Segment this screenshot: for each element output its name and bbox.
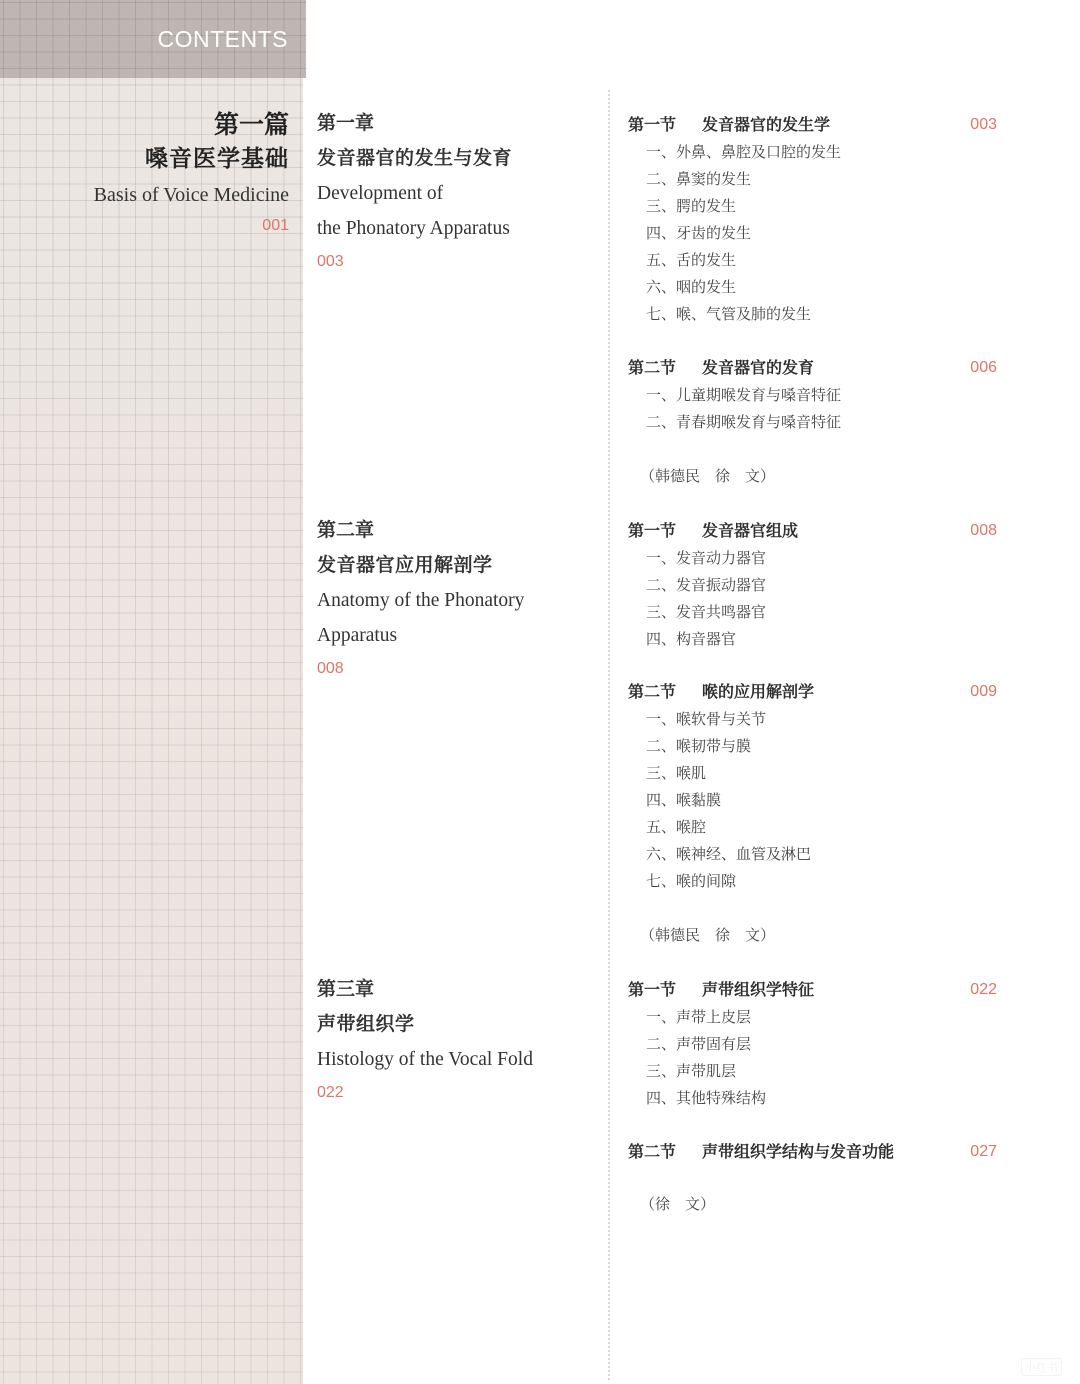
section-heading[interactable]: 第一节发音器官组成 008 bbox=[628, 517, 1000, 545]
chapter-authors: （韩德民 徐 文） bbox=[628, 922, 1000, 949]
section-heading[interactable]: 第二节发音器官的发育 006 bbox=[628, 354, 1000, 382]
section-number: 第二节 bbox=[628, 678, 702, 706]
chapter-number: 第一章 bbox=[317, 106, 587, 140]
section-title: 发音器官的发生学 bbox=[702, 115, 830, 134]
section-heading[interactable]: 第一节声带组织学特征 022 bbox=[628, 976, 1000, 1004]
watermark: 小红书 bbox=[1021, 1358, 1062, 1376]
section-number: 第二节 bbox=[628, 1138, 702, 1166]
chapter-authors: （韩德民 徐 文） bbox=[628, 463, 1000, 490]
section-heading[interactable]: 第一节发音器官的发生学 003 bbox=[628, 111, 1000, 139]
section-page-number[interactable]: 003 bbox=[970, 111, 997, 139]
section-title: 声带组织学结构与发音功能 bbox=[702, 1142, 894, 1161]
chapter-title-en: Development of bbox=[317, 176, 587, 211]
chapter-page-number[interactable]: 008 bbox=[317, 653, 587, 685]
chapter-2-section-2: 第二节喉的应用解剖学 009 一、喉软骨与关节 二、喉韧带与膜 三、喉肌 四、喉… bbox=[628, 678, 1000, 949]
part-title: 嗓音医学基础 bbox=[94, 142, 289, 176]
subsection-item: 四、其他特殊结构 bbox=[628, 1085, 1000, 1112]
subsection-item: 七、喉、气管及肺的发生 bbox=[628, 301, 1000, 328]
chapter-1-section-1: 第一节发音器官的发生学 003 一、外鼻、鼻腔及口腔的发生 二、鼻窦的发生 三、… bbox=[628, 111, 1000, 328]
subsection-item: 三、声带肌层 bbox=[628, 1058, 1000, 1085]
subsection-item: 三、发音共鸣器官 bbox=[628, 599, 1000, 626]
part-block: 第一篇 嗓音医学基础 Basis of Voice Medicine 001 bbox=[94, 108, 289, 240]
chapter-3-section-1: 第一节声带组织学特征 022 一、声带上皮层 二、声带固有层 三、声带肌层 四、… bbox=[628, 976, 1000, 1112]
subsection-item: 二、声带固有层 bbox=[628, 1031, 1000, 1058]
chapter-title-en: Apparatus bbox=[317, 618, 587, 653]
contents-label: CONTENTS bbox=[158, 26, 289, 53]
chapter-title-en: Histology of the Vocal Fold bbox=[317, 1042, 587, 1077]
section-number: 第一节 bbox=[628, 976, 702, 1004]
chapter-2: 第二章 发音器官应用解剖学 Anatomy of the Phonatory A… bbox=[317, 513, 587, 685]
subsection-item: 六、咽的发生 bbox=[628, 274, 1000, 301]
part-page-number[interactable]: 001 bbox=[94, 212, 289, 240]
subsection-item: 一、儿童期喉发育与嗓音特征 bbox=[628, 382, 1000, 409]
chapter-title-en: Anatomy of the Phonatory bbox=[317, 583, 587, 618]
subsection-item: 四、喉黏膜 bbox=[628, 787, 1000, 814]
chapter-title[interactable]: 声带组织学 bbox=[317, 1006, 587, 1042]
section-number: 第二节 bbox=[628, 354, 702, 382]
subsection-item: 六、喉神经、血管及淋巴 bbox=[628, 841, 1000, 868]
subsection-item: 一、声带上皮层 bbox=[628, 1004, 1000, 1031]
section-title: 发音器官的发育 bbox=[702, 358, 814, 377]
subsection-item: 一、发音动力器官 bbox=[628, 545, 1000, 572]
chapter-title[interactable]: 发音器官的发生与发育 bbox=[317, 140, 587, 176]
section-page-number[interactable]: 009 bbox=[970, 678, 997, 706]
chapter-page-number[interactable]: 003 bbox=[317, 246, 587, 278]
chapter-1-section-2: 第二节发音器官的发育 006 一、儿童期喉发育与嗓音特征 二、青春期喉发育与嗓音… bbox=[628, 354, 1000, 490]
subsection-item: 三、喉肌 bbox=[628, 760, 1000, 787]
subsection-item: 二、青春期喉发育与嗓音特征 bbox=[628, 409, 1000, 436]
chapter-1: 第一章 发音器官的发生与发育 Development of the Phonat… bbox=[317, 106, 587, 278]
section-number: 第一节 bbox=[628, 517, 702, 545]
section-page-number[interactable]: 022 bbox=[970, 976, 997, 1004]
chapter-title[interactable]: 发音器官应用解剖学 bbox=[317, 547, 587, 583]
chapter-authors: （徐 文） bbox=[628, 1191, 1000, 1218]
subsection-item: 五、喉腔 bbox=[628, 814, 1000, 841]
subsection-item: 七、喉的间隙 bbox=[628, 868, 1000, 895]
subsection-item: 一、喉软骨与关节 bbox=[628, 706, 1000, 733]
subsection-item: 四、牙齿的发生 bbox=[628, 220, 1000, 247]
chapter-title-en: the Phonatory Apparatus bbox=[317, 211, 587, 246]
section-page-number[interactable]: 006 bbox=[970, 354, 997, 382]
chapter-2-section-1: 第一节发音器官组成 008 一、发音动力器官 二、发音振动器官 三、发音共鸣器官… bbox=[628, 517, 1000, 653]
part-title-en: Basis of Voice Medicine bbox=[94, 178, 289, 212]
section-number: 第一节 bbox=[628, 111, 702, 139]
subsection-item: 三、腭的发生 bbox=[628, 193, 1000, 220]
subsection-item: 四、构音器官 bbox=[628, 626, 1000, 653]
chapter-page-number[interactable]: 022 bbox=[317, 1077, 587, 1109]
subsection-item: 五、舌的发生 bbox=[628, 247, 1000, 274]
section-page-number[interactable]: 008 bbox=[970, 517, 997, 545]
contents-header-band: CONTENTS bbox=[0, 0, 306, 78]
section-title: 声带组织学特征 bbox=[702, 980, 814, 999]
section-heading[interactable]: 第二节喉的应用解剖学 009 bbox=[628, 678, 1000, 706]
subsection-item: 一、外鼻、鼻腔及口腔的发生 bbox=[628, 139, 1000, 166]
chapter-number: 第二章 bbox=[317, 513, 587, 547]
chapter-3: 第三章 声带组织学 Histology of the Vocal Fold 02… bbox=[317, 972, 587, 1109]
subsection-item: 二、发音振动器官 bbox=[628, 572, 1000, 599]
part-number: 第一篇 bbox=[94, 108, 289, 142]
chapter-3-section-2: 第二节声带组织学结构与发音功能 027 （徐 文） bbox=[628, 1138, 1000, 1218]
section-title: 喉的应用解剖学 bbox=[702, 682, 814, 701]
chapter-number: 第三章 bbox=[317, 972, 587, 1006]
section-title: 发音器官组成 bbox=[702, 521, 798, 540]
subsection-item: 二、鼻窦的发生 bbox=[628, 166, 1000, 193]
subsection-item: 二、喉韧带与膜 bbox=[628, 733, 1000, 760]
column-divider bbox=[608, 90, 610, 1380]
section-heading[interactable]: 第二节声带组织学结构与发音功能 027 bbox=[628, 1138, 1000, 1166]
section-page-number[interactable]: 027 bbox=[970, 1138, 997, 1166]
